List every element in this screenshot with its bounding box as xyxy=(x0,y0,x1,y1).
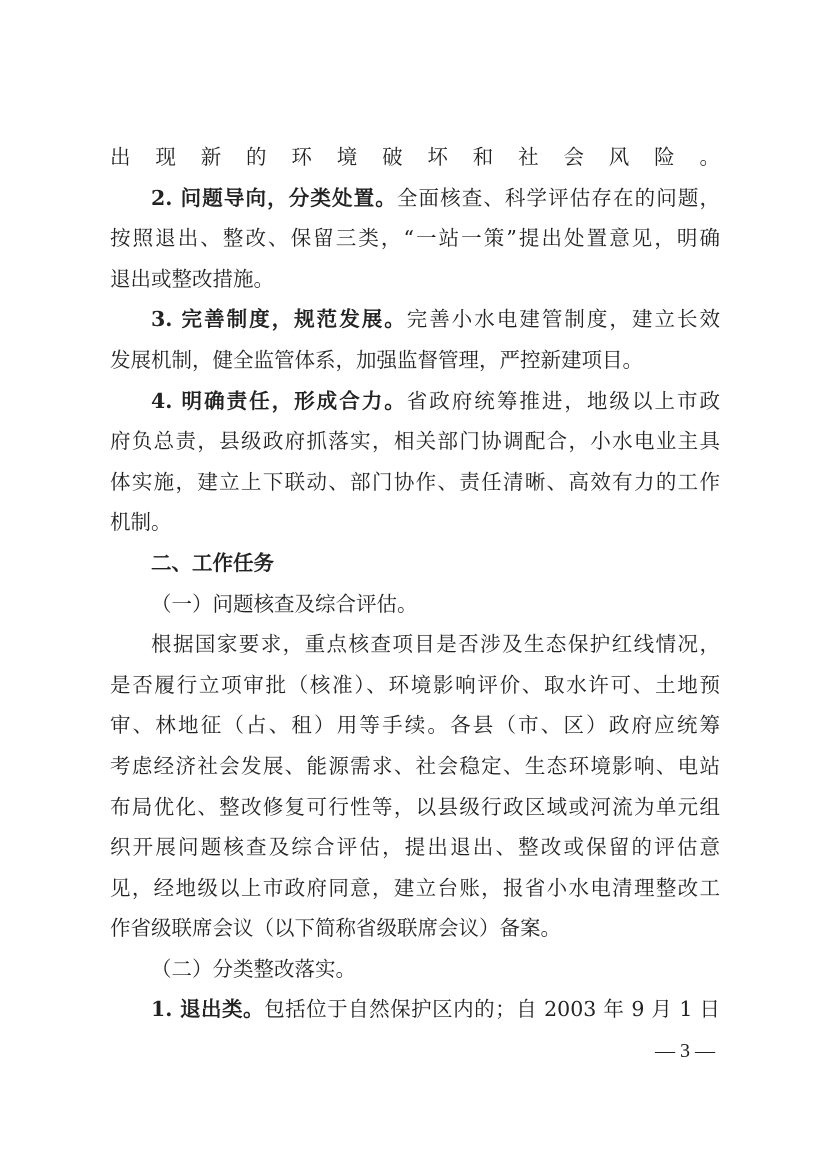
page-number: — 3 — xyxy=(655,1040,715,1063)
paragraph-line: 按照退出、整改、保留三类，“一站一策”提出处置意见，明确 xyxy=(110,218,720,259)
paragraph-line: 布局优化、整改修复可行性等，以县级行政区域或河流为单元组 xyxy=(110,787,720,828)
paragraph-line: 审、林地征（占、租）用等手续。各县（市、区）政府应统筹 xyxy=(110,705,720,746)
paragraph-line: 出现新的环境破坏和社会风险。 xyxy=(110,137,720,178)
paragraph-line: 见，经地级以上市政府同意，建立台账，报省小水电清理整改工 xyxy=(110,868,720,909)
principle-title: 2. 问题导向，分类处置。 xyxy=(151,186,397,210)
subsection-heading-1: （一）问题核查及综合评估。 xyxy=(110,584,720,625)
paragraph-line: 织开展问题核查及综合评估，提出退出、整改或保留的评估意 xyxy=(110,827,720,868)
principle-2: 2. 问题导向，分类处置。全面核查、科学评估存在的问题， xyxy=(110,178,720,219)
paragraph-line: 机制。 xyxy=(110,502,720,543)
principle-title: 3. 完善制度，规范发展。 xyxy=(151,307,407,331)
paragraph-line: 作省级联席会议（以下简称省级联席会议）备案。 xyxy=(110,908,720,949)
category-title: 1. 退出类。 xyxy=(151,997,264,1021)
exit-category-line: 1. 退出类。包括位于自然保护区内的；自 2003 年 9 月 1 日 xyxy=(110,989,720,1030)
section-heading: 二、工作任务 xyxy=(110,543,720,584)
principle-3: 3. 完善制度，规范发展。完善小水电建管制度，建立长效 xyxy=(110,299,720,340)
paragraph-line: 退出或整改措施。 xyxy=(110,259,720,300)
paragraph-line: 考虑经济社会发展、能源需求、社会稳定、生态环境影响、电站 xyxy=(110,746,720,787)
paragraph-line: 是否履行立项审批（核准）、环境影响评价、取水许可、土地预 xyxy=(110,665,720,706)
paragraph-line: 府负总责，县级政府抓落实，相关部门协调配合，小水电业主具 xyxy=(110,421,720,462)
document-page: 出现新的环境破坏和社会风险。 2. 问题导向，分类处置。全面核查、科学评估存在的… xyxy=(110,137,720,1030)
paragraph-line: 根据国家要求，重点核查项目是否涉及生态保护红线情况， xyxy=(110,624,720,665)
subsection-heading-2: （二）分类整改落实。 xyxy=(110,949,720,990)
principle-title: 4. 明确责任，形成合力。 xyxy=(151,389,407,413)
paragraph-line: 体实施，建立上下联动、部门协作、责任清晰、高效有力的工作 xyxy=(110,462,720,503)
principle-4: 4. 明确责任，形成合力。省政府统筹推进，地级以上市政 xyxy=(110,381,720,422)
paragraph-line: 发展机制，健全监管体系，加强监督管理，严控新建项目。 xyxy=(110,340,720,381)
